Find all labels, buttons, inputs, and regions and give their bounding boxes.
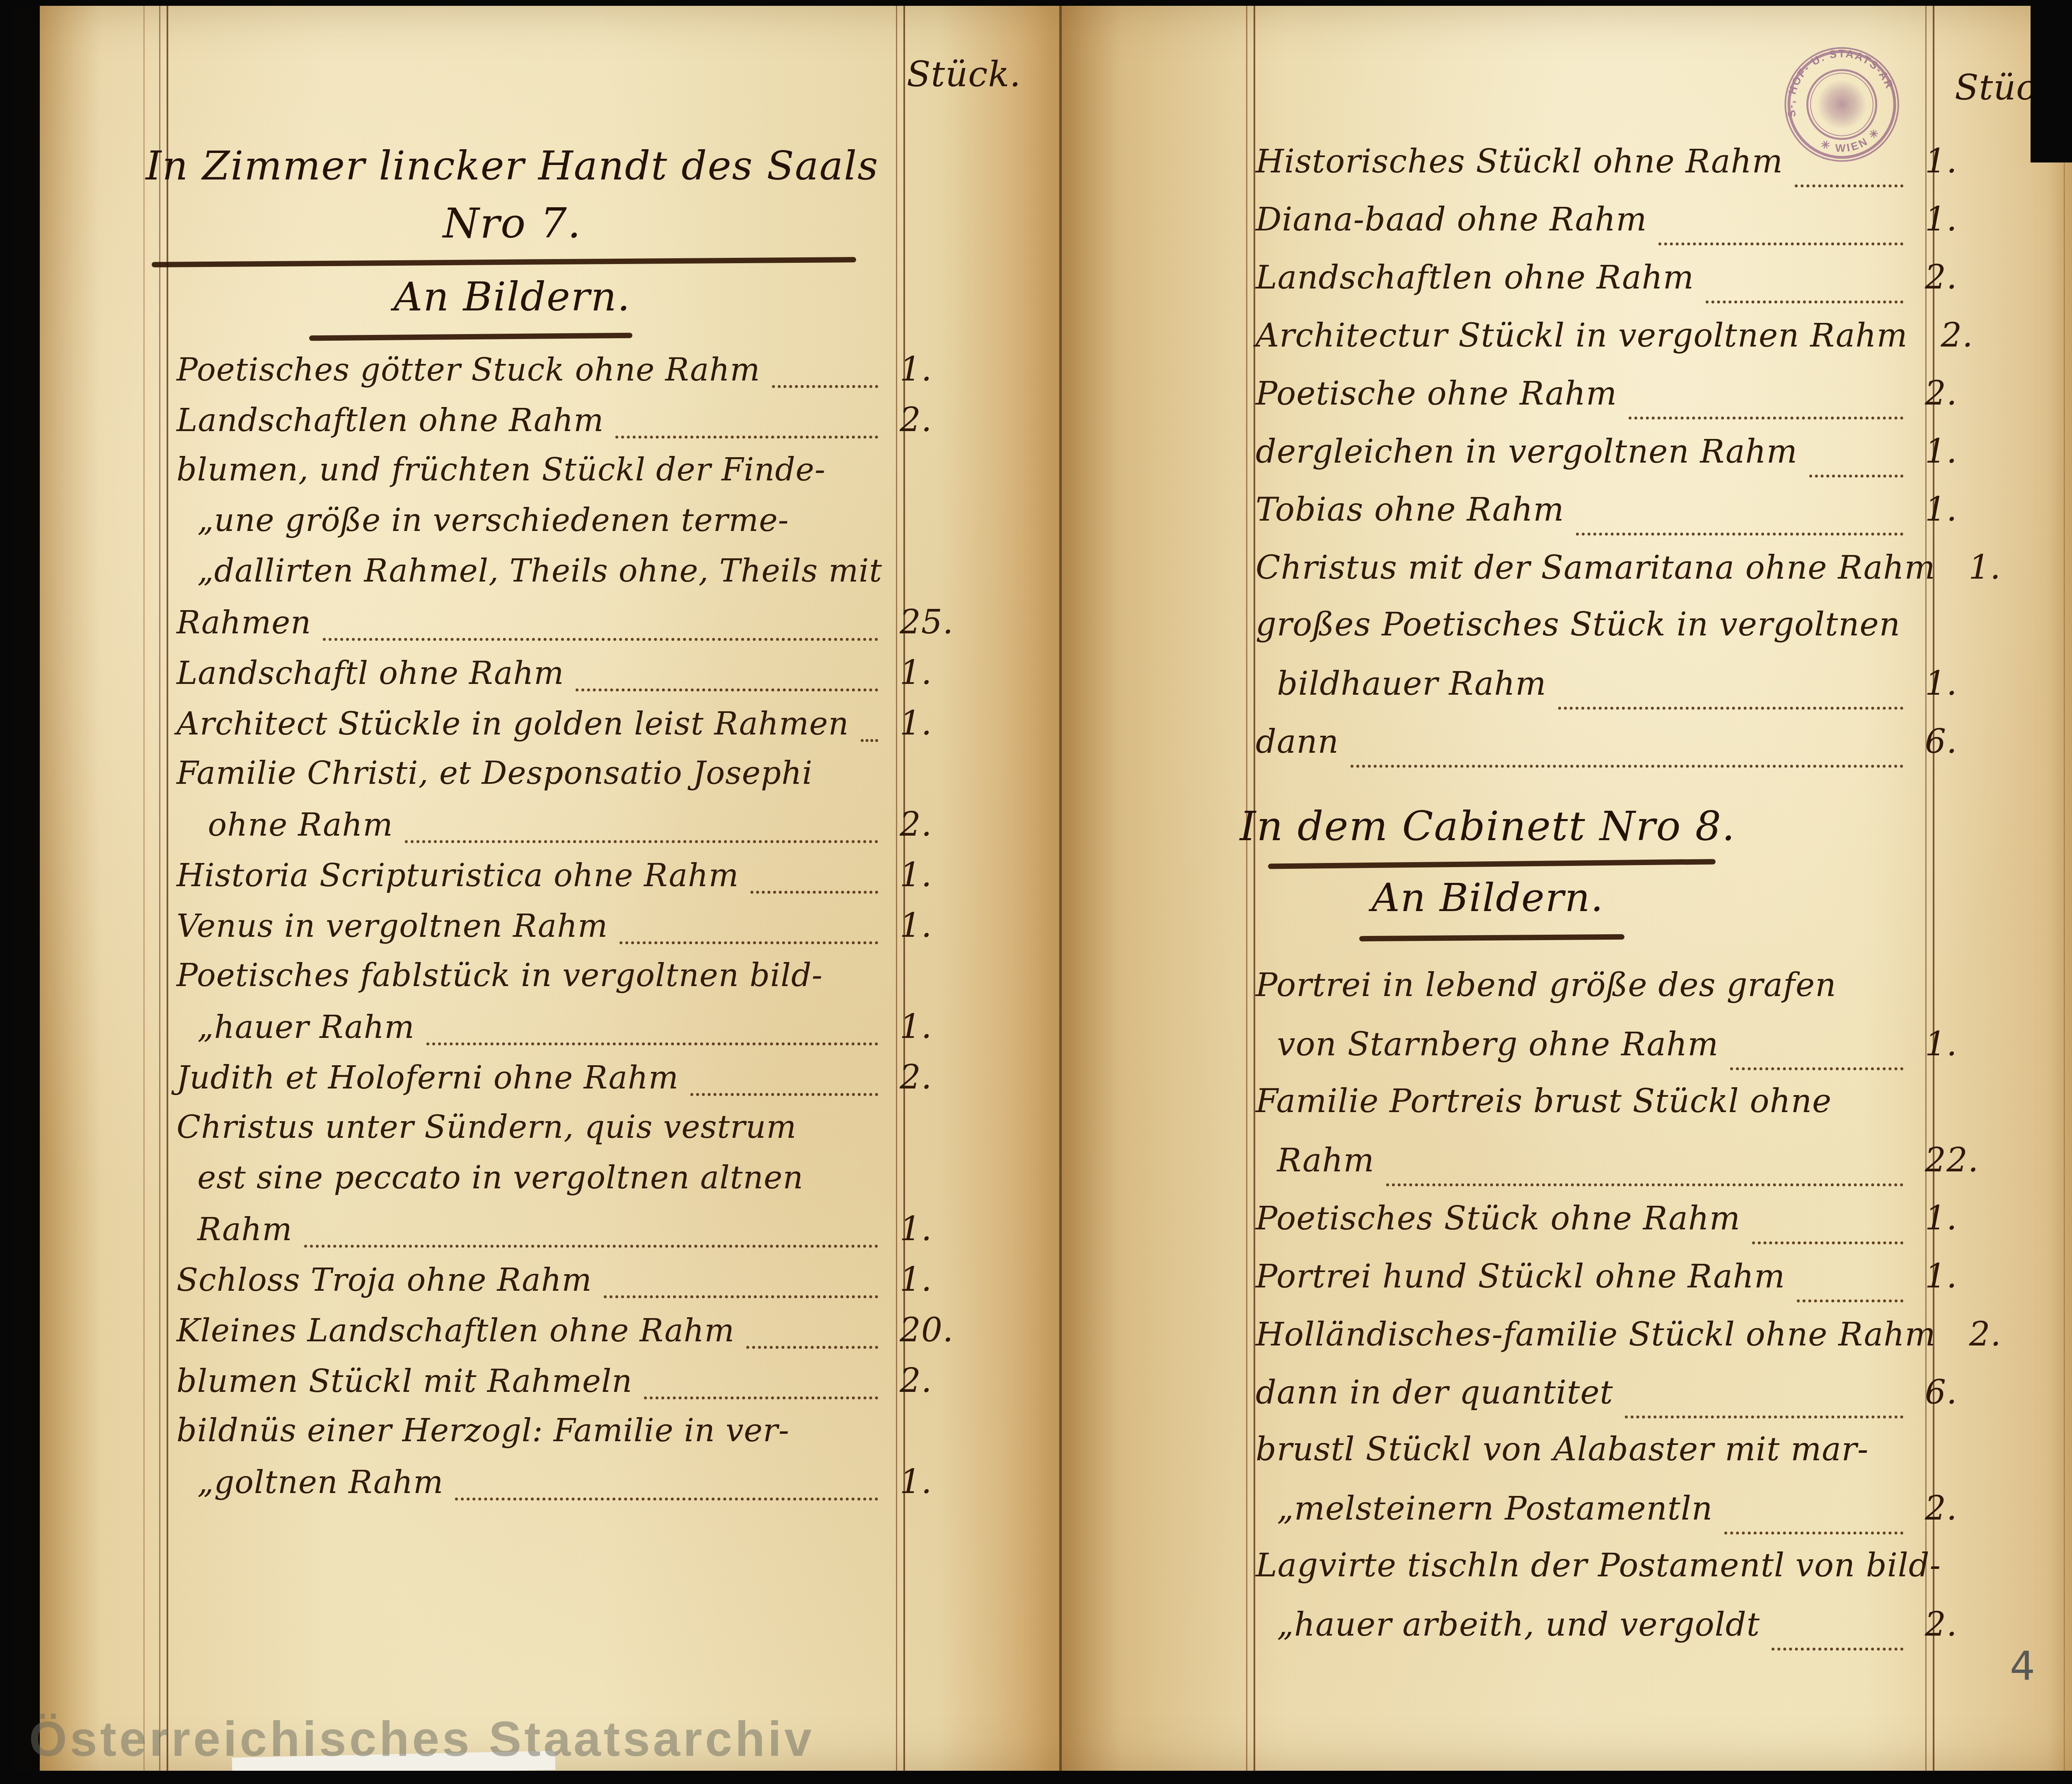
line-count: 6.: [1915, 1373, 2014, 1411]
page-crease: [2064, 5, 2065, 1772]
section-title: In dem Cabinett Nro 8.: [1177, 803, 1798, 850]
line-count: 2.: [1915, 374, 2014, 412]
inventory-line: Diana-baad ohne Rahm 1.: [1256, 200, 2014, 258]
inventory-line: est sine peccato in vergoltnen altnen: [177, 1159, 989, 1210]
line-count: 1.: [1915, 1257, 2014, 1295]
line-text: Diana-baad ohne Rahm: [1256, 201, 1647, 238]
line-count: 1.: [1915, 1025, 2014, 1063]
inventory-line: Poetische ohne Rahm 2.: [1256, 374, 2014, 432]
inventory-line: blumen Stückl mit Rahmeln 2.: [177, 1361, 989, 1412]
line-text: „dallirten Rahmel, Theils ohne, Theils m…: [177, 552, 882, 589]
line-count: 1.: [1915, 1199, 2014, 1237]
line-text: Schloss Troja ohne Rahm: [177, 1261, 592, 1298]
line-text: dergleichen in vergoltnen Rahm: [1256, 433, 1798, 470]
dotted-leader: [620, 941, 878, 944]
line-count: 1.: [890, 704, 989, 742]
inventory-list: Historisches Stückl ohne Rahm 1. Diana-b…: [1256, 142, 2014, 780]
column-header-stueck: Stück.: [893, 54, 1034, 95]
line-count: 2.: [890, 1058, 989, 1096]
scan-corner-block: [2031, 0, 2072, 162]
page-title: In Zimmer lincker Handt des Saals: [139, 143, 885, 189]
dotted-leader: [1809, 475, 1903, 478]
line-text: est sine peccato in vergoltnen altnen: [177, 1159, 804, 1196]
line-text: Christus unter Sündern, quis vestrum: [177, 1108, 796, 1145]
dotted-leader: [615, 436, 878, 439]
dotted-leader: [1797, 1299, 1903, 1302]
line-count: 1.: [890, 1007, 989, 1046]
line-count: 2.: [890, 1361, 989, 1400]
subtitle-underline: [309, 333, 632, 341]
inventory-list: Portrei in lebend größe des grafen von S…: [1256, 967, 2014, 1663]
line-count: 2.: [1915, 258, 2014, 296]
line-count: 25.: [890, 603, 989, 641]
dotted-leader: [861, 739, 878, 742]
inventory-line: ohne Rahm 2.: [177, 805, 989, 856]
margin-rule: [159, 5, 160, 1772]
line-count: 1.: [890, 1210, 989, 1248]
dotted-leader: [644, 1396, 878, 1399]
line-count: 1.: [1915, 432, 2014, 470]
inventory-line: Historia Scripturistica ohne Rahm 1.: [177, 856, 989, 906]
inventory-line: Architectur Stückl in vergoltnen Rahm 2.: [1256, 316, 2014, 374]
dotted-leader: [323, 638, 878, 641]
dotted-leader: [576, 688, 878, 691]
page-title-number: Nro 7.: [139, 199, 885, 247]
scan-edge-top: [0, 0, 2072, 6]
inventory-line: „une größe in verschiedenen terme-: [177, 502, 989, 552]
inventory-line: „melsteinern Postamentln 2.: [1256, 1489, 2014, 1547]
inventory-line: blumen, und früchten Stückl der Finde-: [177, 451, 989, 502]
inventory-list: Poetisches götter Stuck ohne Rahm 1. Lan…: [177, 350, 989, 1513]
inventory-line: „dallirten Rahmel, Theils ohne, Theils m…: [177, 552, 989, 603]
line-count: 1.: [1915, 490, 2014, 528]
inventory-line: Landschaftlen ohne Rahm 2.: [1256, 258, 2014, 316]
dotted-leader: [1658, 242, 1903, 245]
dotted-leader: [405, 840, 878, 843]
line-text: Poetisches götter Stuck ohne Rahm: [177, 351, 760, 388]
inventory-line: Poetisches götter Stuck ohne Rahm 1.: [177, 350, 989, 400]
line-count: 1.: [890, 350, 989, 388]
line-count: 1.: [890, 1462, 989, 1501]
line-text: „goltnen Rahm: [177, 1464, 443, 1500]
inventory-line: Christus mit der Samaritana ohne Rahm 1.: [1256, 548, 2014, 606]
inventory-line: Landschaftlen ohne Rahm 2.: [177, 400, 989, 451]
dotted-leader: [1772, 1648, 1903, 1651]
inventory-line: Rahm 1.: [177, 1210, 989, 1260]
line-count: 1.: [1915, 142, 2014, 180]
line-text: Poetische ohne Rahm: [1256, 375, 1617, 412]
dotted-leader: [1706, 301, 1903, 303]
line-text: Portrei hund Stückl ohne Rahm: [1256, 1258, 1785, 1295]
inventory-line: Lagvirte tischln der Postamentl von bild…: [1256, 1547, 2014, 1605]
inventory-line: Portrei in lebend größe des grafen: [1256, 967, 2014, 1025]
line-text: „hauer Rahm: [177, 1008, 415, 1045]
line-count: 1.: [890, 856, 989, 894]
line-text: Historisches Stückl ohne Rahm: [1256, 143, 1783, 180]
inventory-line: dergleichen in vergoltnen Rahm 1.: [1256, 432, 2014, 490]
inventory-line: brustl Stückl von Alabaster mit mar-: [1256, 1431, 2014, 1489]
inventory-line: Tobias ohne Rahm 1.: [1256, 490, 2014, 548]
line-text: Historia Scripturistica ohne Rahm: [177, 857, 739, 894]
line-text: Holländisches-familie Stückl ohne Rahm: [1256, 1316, 1936, 1353]
inventory-line: Venus in vergoltnen Rahm 1.: [177, 906, 989, 957]
line-count: 20.: [890, 1311, 989, 1349]
line-text: Lagvirte tischln der Postamentl von bild…: [1256, 1547, 1941, 1584]
inventory-line: Poetisches fablstück in vergoltnen bild-: [177, 957, 989, 1007]
line-count: 2.: [1931, 316, 2030, 354]
dotted-leader: [1795, 184, 1903, 187]
line-count: 2.: [890, 400, 989, 439]
line-text: Rahm: [177, 1211, 293, 1248]
inventory-line: Holländisches-familie Stückl ohne Rahm 2…: [1256, 1315, 2014, 1373]
line-text: Architectur Stückl in vergoltnen Rahm: [1256, 317, 1907, 354]
inventory-line: Schloss Troja ohne Rahm 1.: [177, 1260, 989, 1311]
dotted-leader: [772, 385, 878, 388]
inventory-line: „goltnen Rahm 1.: [177, 1462, 989, 1513]
line-text: Portrei in lebend größe des grafen: [1256, 967, 1836, 1004]
scan-edge-left: [0, 0, 12, 1784]
dotted-leader: [455, 1498, 878, 1500]
dotted-leader: [1724, 1532, 1903, 1534]
line-count: 2.: [1915, 1489, 2014, 1527]
dotted-leader: [1730, 1067, 1903, 1070]
dotted-leader: [1752, 1241, 1903, 1244]
line-text: Landschaftlen ohne Rahm: [1256, 259, 1694, 296]
folio-number: 4: [2010, 1643, 2035, 1689]
title-underline: [152, 257, 856, 267]
dotted-leader: [604, 1295, 878, 1298]
line-text: Architect Stückle in golden leist Rahmen: [177, 705, 849, 742]
section-subtitle-underline: [1359, 934, 1624, 941]
line-text: Kleines Landschaftlen ohne Rahm: [177, 1312, 735, 1349]
line-text: „melsteinern Postamentln: [1256, 1490, 1713, 1527]
line-count: 1.: [890, 906, 989, 945]
line-text: dann: [1256, 723, 1339, 761]
line-text: „hauer arbeith, und vergoldt: [1256, 1606, 1760, 1643]
line-text: Poetisches fablstück in vergoltnen bild-: [177, 957, 823, 994]
inventory-line: bildhauer Rahm 1.: [1256, 664, 2014, 722]
line-text: Landschaftl ohne Rahm: [177, 654, 564, 691]
dotted-leader: [1629, 417, 1903, 419]
inventory-line: Rahmen 25.: [177, 603, 989, 653]
inventory-line: Christus unter Sündern, quis vestrum: [177, 1108, 989, 1159]
line-text: „une größe in verschiedenen terme-: [177, 502, 789, 538]
line-text: blumen, und früchten Stückl der Finde-: [177, 451, 826, 488]
inventory-line: großes Poetisches Stück in vergoltnen: [1256, 606, 2014, 664]
inventory-line: bildnüs einer Herzogl: Familie in ver-: [177, 1412, 989, 1462]
line-count: 2.: [890, 805, 989, 844]
line-count: 22.: [1915, 1141, 2014, 1179]
dotted-leader: [1558, 707, 1903, 710]
line-text: Judith et Holoferni ohne Rahm: [177, 1059, 679, 1096]
scan-edge-bottom: [0, 1771, 2072, 1784]
line-text: Rahmen: [177, 604, 311, 641]
inventory-line: Familie Christi, et Desponsatio Josephi: [177, 754, 989, 805]
line-text: blumen Stückl mit Rahmeln: [177, 1362, 632, 1399]
dotted-leader: [746, 1346, 878, 1349]
line-text: Poetisches Stück ohne Rahm: [1256, 1200, 1740, 1237]
line-text: dann in der quantitet: [1256, 1374, 1613, 1411]
line-text: bildhauer Rahm: [1256, 665, 1547, 703]
inventory-line: Kleines Landschaftlen ohne Rahm 20.: [177, 1311, 989, 1361]
inventory-line: Landschaftl ohne Rahm 1.: [177, 653, 989, 704]
dotted-leader: [1386, 1183, 1903, 1186]
dotted-leader: [690, 1093, 878, 1096]
line-text: Familie Christi, et Desponsatio Josephi: [177, 754, 813, 791]
inventory-line: von Starnberg ohne Rahm 1.: [1256, 1025, 2014, 1083]
line-text: Rahm: [1256, 1142, 1375, 1179]
line-count: 1.: [1915, 664, 2014, 703]
line-text: Tobias ohne Rahm: [1256, 491, 1564, 528]
dotted-leader: [1576, 533, 1903, 536]
line-count: 6.: [1915, 722, 2014, 761]
section-subtitle: An Bildern.: [139, 274, 885, 320]
inventory-line: Historisches Stückl ohne Rahm 1.: [1256, 142, 2014, 200]
line-text: Christus mit der Samaritana ohne Rahm: [1256, 549, 1935, 587]
line-count: 1.: [1915, 200, 2014, 238]
dotted-leader: [304, 1245, 878, 1248]
inventory-line: „hauer arbeith, und vergoldt 2.: [1256, 1605, 2014, 1663]
line-text: Landschaftlen ohne Rahm: [177, 402, 604, 439]
right-page: Stück. HAUS-, HOF- U.: [1061, 5, 2072, 1772]
section-subtitle: An Bildern.: [1177, 875, 1798, 921]
inventory-line: Familie Portreis brust Stückl ohne: [1256, 1083, 2014, 1141]
line-count: 2.: [1915, 1605, 2014, 1643]
line-text: von Starnberg ohne Rahm: [1256, 1026, 1719, 1063]
section-title-underline: [1268, 859, 1716, 869]
line-count: 1.: [1958, 548, 2057, 587]
dotted-leader: [1351, 765, 1903, 768]
line-text: ohne Rahm: [177, 806, 393, 843]
manuscript-scan: Stück. In Zimmer lincker Handt des Saals…: [0, 0, 2072, 1784]
line-text: großes Poetisches Stück in vergoltnen: [1256, 606, 1900, 643]
line-count: 1.: [890, 653, 989, 692]
line-text: Familie Portreis brust Stückl ohne: [1256, 1083, 1832, 1120]
dotted-leader: [1625, 1416, 1903, 1418]
inventory-line: Poetisches Stück ohne Rahm 1.: [1256, 1199, 2014, 1257]
inventory-line: Judith et Holoferni ohne Rahm 2.: [177, 1058, 989, 1108]
dotted-leader: [426, 1042, 878, 1045]
line-text: brustl Stückl von Alabaster mit mar-: [1256, 1431, 1869, 1468]
line-count: 1.: [890, 1260, 989, 1299]
line-count: 2.: [1959, 1315, 2058, 1353]
inventory-line: „hauer Rahm 1.: [177, 1007, 989, 1058]
left-page: Stück. In Zimmer lincker Handt des Saals…: [40, 5, 1061, 1772]
inventory-line: dann 6.: [1256, 722, 2014, 780]
margin-rule: [167, 5, 168, 1772]
archive-watermark: Österreichisches Staatsarchiv: [29, 1711, 1044, 1767]
line-text: Venus in vergoltnen Rahm: [177, 907, 608, 944]
line-text: bildnüs einer Herzogl: Familie in ver-: [177, 1412, 789, 1449]
inventory-line: Rahm 22.: [1256, 1141, 2014, 1199]
inventory-line: Architect Stückle in golden leist Rahmen…: [177, 704, 989, 754]
dotted-leader: [750, 891, 878, 894]
page-crease: [143, 5, 145, 1772]
page-gutter: [1059, 0, 1062, 1784]
inventory-line: dann in der quantitet 6.: [1256, 1373, 2014, 1431]
inventory-line: Portrei hund Stückl ohne Rahm 1.: [1256, 1257, 2014, 1315]
